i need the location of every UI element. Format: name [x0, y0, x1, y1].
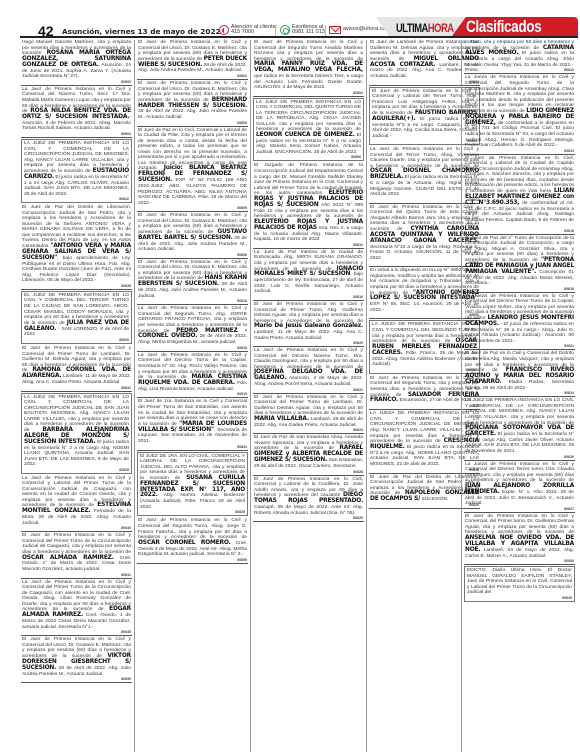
notice-body: Secretaría N°10 a cargo de la Abog. Ross… [370, 245, 479, 261]
ad-code: 80835 [467, 596, 572, 600]
ad-code: 80820 [370, 503, 479, 507]
notice-body: La Jueza de Primera Instancia en lo Civi… [465, 462, 574, 484]
legal-notice: LA JUEZ DE PRIMERA INSTANCIA EN LO CIVIL… [21, 393, 132, 474]
deceased-name: MARIA FANNY RUIZ VDA. DE VEGA, MATALINO … [254, 61, 363, 73]
ad-code: 80826 [465, 455, 574, 459]
legal-notice: La Juez de Primera Instancia en lo Civil… [21, 579, 132, 637]
mail-icon [329, 26, 341, 34]
notice-body: La Juez de Primera Instancia en lo Civil… [370, 147, 479, 169]
notice-body: El Juez de Primera Instancia en lo Civil… [254, 40, 363, 62]
contact-whatsapp[interactable]: Escribinos al0981 111 013 [280, 24, 325, 36]
dateline: Asunción, viernes 13 de mayo de 2022 [62, 27, 221, 36]
ad-code: 80810 [465, 68, 574, 72]
column-divider [134, 40, 135, 752]
ad-code: 80816 [254, 295, 363, 299]
ad-code: 80812 [254, 243, 363, 247]
legal-notice: El Juez de Primera Instancia en lo Civil… [137, 259, 248, 306]
brand-logo: ULTIMAHORA [396, 21, 454, 35]
legal-notice: El Juez de Primera Instancia en lo Civil… [21, 345, 132, 392]
notice-body: Lambaré, 11 de Mayo de 2022. Abg. Ana C.… [254, 330, 363, 341]
ad-code: 80821 [465, 344, 574, 348]
ad-code: 80815 [370, 404, 479, 408]
ad-code: 80855 [138, 558, 247, 562]
ad-code: 80845 [22, 630, 131, 634]
legal-notice: El Juez de Paz de San Estanislao Abog. A… [253, 434, 364, 475]
divider [325, 25, 326, 36]
ad-code: 80818 [465, 287, 574, 291]
ad-code: 80820 [254, 341, 363, 345]
legal-notice: El Juez de Primera Instancia en lo Civil… [464, 155, 575, 235]
column-divider [250, 40, 251, 752]
legal-notice: El Juez de 1ra. Instancia en lo Civil y … [137, 398, 248, 450]
ad-code: 80824 [465, 391, 574, 395]
notice-body: El Juez de Primera Instancia en lo Civil… [138, 518, 247, 540]
notice-body: Encarnación, 27 de Abril de 2022. [398, 398, 473, 403]
legal-notice: El Juzgado de Primera Instancia de la Ci… [253, 162, 364, 248]
legal-notice: La Juez de Primera Instancia en lo Civil… [137, 352, 248, 399]
divider [275, 25, 276, 36]
header-rule [20, 36, 578, 38]
legal-notice: El Juez de Primera Instancia en lo Civil… [137, 80, 248, 127]
ad-code: 80840 [22, 526, 131, 530]
ad-code: 80812 [465, 149, 574, 153]
ad-code: 80819 [138, 392, 247, 396]
ad-code: 80808 [370, 313, 479, 317]
legal-notice: El Juez de Primera Instancia en lo Civil… [137, 39, 248, 80]
ad-code: 80800 [22, 80, 131, 84]
legal-notice: In Oasi, cita y emplaza por 60 días a he… [464, 39, 575, 74]
ad-code: 80830 [465, 559, 574, 563]
legal-notice: El Juez de Paz del 2° Turno de Concepció… [464, 235, 575, 293]
legal-notice: La Juez de Primera Instancia en lo Civil… [21, 86, 132, 138]
legal-notice: El Juez de Paz del Distrito de Liberació… [21, 204, 132, 290]
ad-code: 80803 [22, 132, 131, 136]
notice-body: Caacupé, 05 de Mayo de 2022. Ante mí: Ab… [254, 505, 363, 516]
legal-notice: El Juez de Primera Instancia en lo Civil… [253, 39, 364, 97]
ad-code: 80827 [465, 507, 574, 511]
legal-notice: La Jueza de Primera Instancia en lo Civi… [464, 293, 575, 351]
column-1: Hugo Manuel Garcete Martínez, cita y emp… [21, 39, 132, 753]
ad-code: 80831 [22, 386, 131, 390]
column-divider [366, 40, 367, 752]
legal-notice: La Jueza de Primera Instancia en lo Civi… [464, 461, 575, 513]
masthead: 42 Asunción, viernes 13 de mayo de 2022 … [0, 0, 580, 36]
ad-code: 80835 [24, 468, 129, 472]
ad-code: 80828 [254, 470, 363, 474]
legal-notice: El Juez de Primera Instancia en lo Civil… [464, 513, 575, 565]
legal-notice: La Jueza de Primera Instancia en lo Civi… [464, 74, 575, 154]
legal-notice: La Juez de Primera Instancia en lo Civil… [253, 347, 364, 394]
legal-notice: LA JUEZ DE PRIMERA INSTANCIA EN LO CIVIL… [464, 397, 575, 460]
notice-body: El Juez de Primera Instancia en lo Civil… [254, 302, 363, 324]
notice-body: El Juez de Primera Instancia en lo Civil… [22, 533, 131, 555]
column-5: In Oasi, cita y emplaza por 60 días a he… [464, 39, 575, 753]
legal-notice: La Juez de Primera Instancia en lo Civil… [137, 305, 248, 352]
ad-code: 80816 [465, 229, 574, 233]
ad-code: 80841 [22, 573, 131, 577]
ad-code: 80825 [140, 510, 245, 514]
ad-code: 80818 [138, 346, 247, 350]
notice-body: Lambaré, 04 de mayo de 2022. Abg. Carlos… [465, 548, 574, 559]
ad-code: 80829 [254, 516, 363, 520]
deceased-name: OSCAR CORONEL ROMERO. [138, 540, 231, 546]
legal-notice: El Juez de Primera Instancia en lo Civil… [137, 517, 248, 563]
ad-code: 80809 [138, 206, 247, 210]
ad-code: 80818 [370, 468, 479, 472]
notice-body: EDICTO: Diario Ultima Hora. El Doctor MA… [467, 568, 572, 595]
legal-notice: El Juez de Paz en lo Civil, Comercial y … [137, 127, 248, 213]
deceased-name: ROSA NILDA BENITEZ VDA. DE ORTIZ S/ SUCE… [22, 108, 131, 120]
ad-code: 80802 [370, 80, 479, 84]
ad-code: 80804 [254, 91, 363, 95]
legal-notice: LA JUEZ DE PRIMERA INSTANCIA EN LO CIVIL… [253, 98, 364, 162]
notice-body: El Juez de Primera Instancia en lo Civil… [465, 514, 574, 536]
legal-notice: El Juez de Primera Instancia en lo Civil… [253, 476, 364, 523]
ad-code: 80830 [24, 338, 129, 342]
ad-code: 80850 [22, 677, 131, 681]
ad-code: 80826 [22, 284, 131, 288]
notice-body: SUCESIÓN. [420, 497, 448, 502]
legal-notice: El Juez de Primera Instancia en lo Civil… [137, 212, 248, 259]
whatsapp-icon [280, 25, 290, 35]
ad-code: 80804 [370, 198, 479, 202]
legal-notice: El Juez de Primera Instancia en lo Civil… [21, 636, 132, 683]
section-title: Clasificados [466, 17, 541, 37]
legal-notice: La Juez de Primera Instancia en lo Civil… [21, 475, 132, 533]
ad-code: 80824 [138, 445, 247, 449]
ad-code: 80806 [370, 261, 479, 265]
legal-notice: Hugo Manuel Garcete Martínez, cita y emp… [21, 39, 132, 86]
ad-code: 80810 [138, 299, 247, 303]
legal-notice: El JUEZ DE 1RA. EN LO CIVIL, COMERCIAL Y… [137, 452, 248, 517]
notice-body: La Juez de Primera Instancia en lo Civil… [254, 348, 363, 370]
contact-customer-service[interactable]: Atención al cliente:415 7000 [219, 24, 277, 36]
ad-code: 80805 [138, 121, 247, 125]
ad-code: 80803 [138, 74, 247, 78]
notice-body: LA JUEZ DE PRIMERA INSTANCIA EN LO CIVIL… [465, 398, 574, 425]
notice-body: LA JUEZ DE PRIMERA INSTANCIA EN LO CIVIL… [256, 100, 361, 133]
column-divider [461, 40, 462, 752]
legal-notice: La Juez de Paz Interina de la ciudad de … [253, 249, 364, 301]
legal-notice: EDICTO: Diario Ultima Hora. El Doctor MA… [464, 566, 575, 602]
legal-notice: El Juez de Paz en lo Civil y Comercial d… [464, 350, 575, 397]
notice-body: que radica en la Secretaría Número Tres,… [254, 74, 363, 90]
ad-code: 80824 [254, 428, 363, 432]
deceased-name: Mario De Jesús Galeano González. [254, 323, 363, 329]
ad-code: 80821 [254, 388, 363, 392]
column-2: El Juez de Primera Instancia en lo Civil… [137, 39, 248, 753]
column-3: El Juez de Primera Instancia en lo Civil… [253, 39, 364, 753]
contact-value: 0981 111 013 [292, 29, 325, 35]
legal-notice: LA JUEZ DE PRIMERA INSTANCIA EN LO CIVIL… [21, 139, 132, 203]
ad-code: 80822 [24, 197, 129, 201]
deceased-name: MARIA VILLALBA. [254, 416, 309, 422]
legal-notice: El Juez de Primera Instancia en lo Civil… [253, 301, 364, 347]
legal-notice: EL JUEZ DE PRIMERA INSTANCIA EN LO CIVIL… [21, 291, 132, 344]
deceased-name: LEONOR CUENCA DE GIMENEZ. [256, 132, 355, 138]
ad-code: 80806 [256, 155, 361, 159]
ad-code: 80806 [138, 253, 247, 257]
contact-value: 415 7000 [231, 29, 254, 35]
legal-notice: El Juez de Primera Instancia en lo Civil… [21, 532, 132, 578]
notice-body: El Juez de Primera Instancia en lo Civil… [254, 395, 363, 417]
notice-body: 28 de Abril de 2022. Abg. Julio Andrea P… [138, 109, 247, 120]
legal-notice: El Juez de Primera Instancia en lo Civil… [253, 394, 364, 435]
phone-icon [219, 25, 229, 35]
deceased-name: OSCAR ALMADA RAMIREZ. [22, 555, 114, 561]
